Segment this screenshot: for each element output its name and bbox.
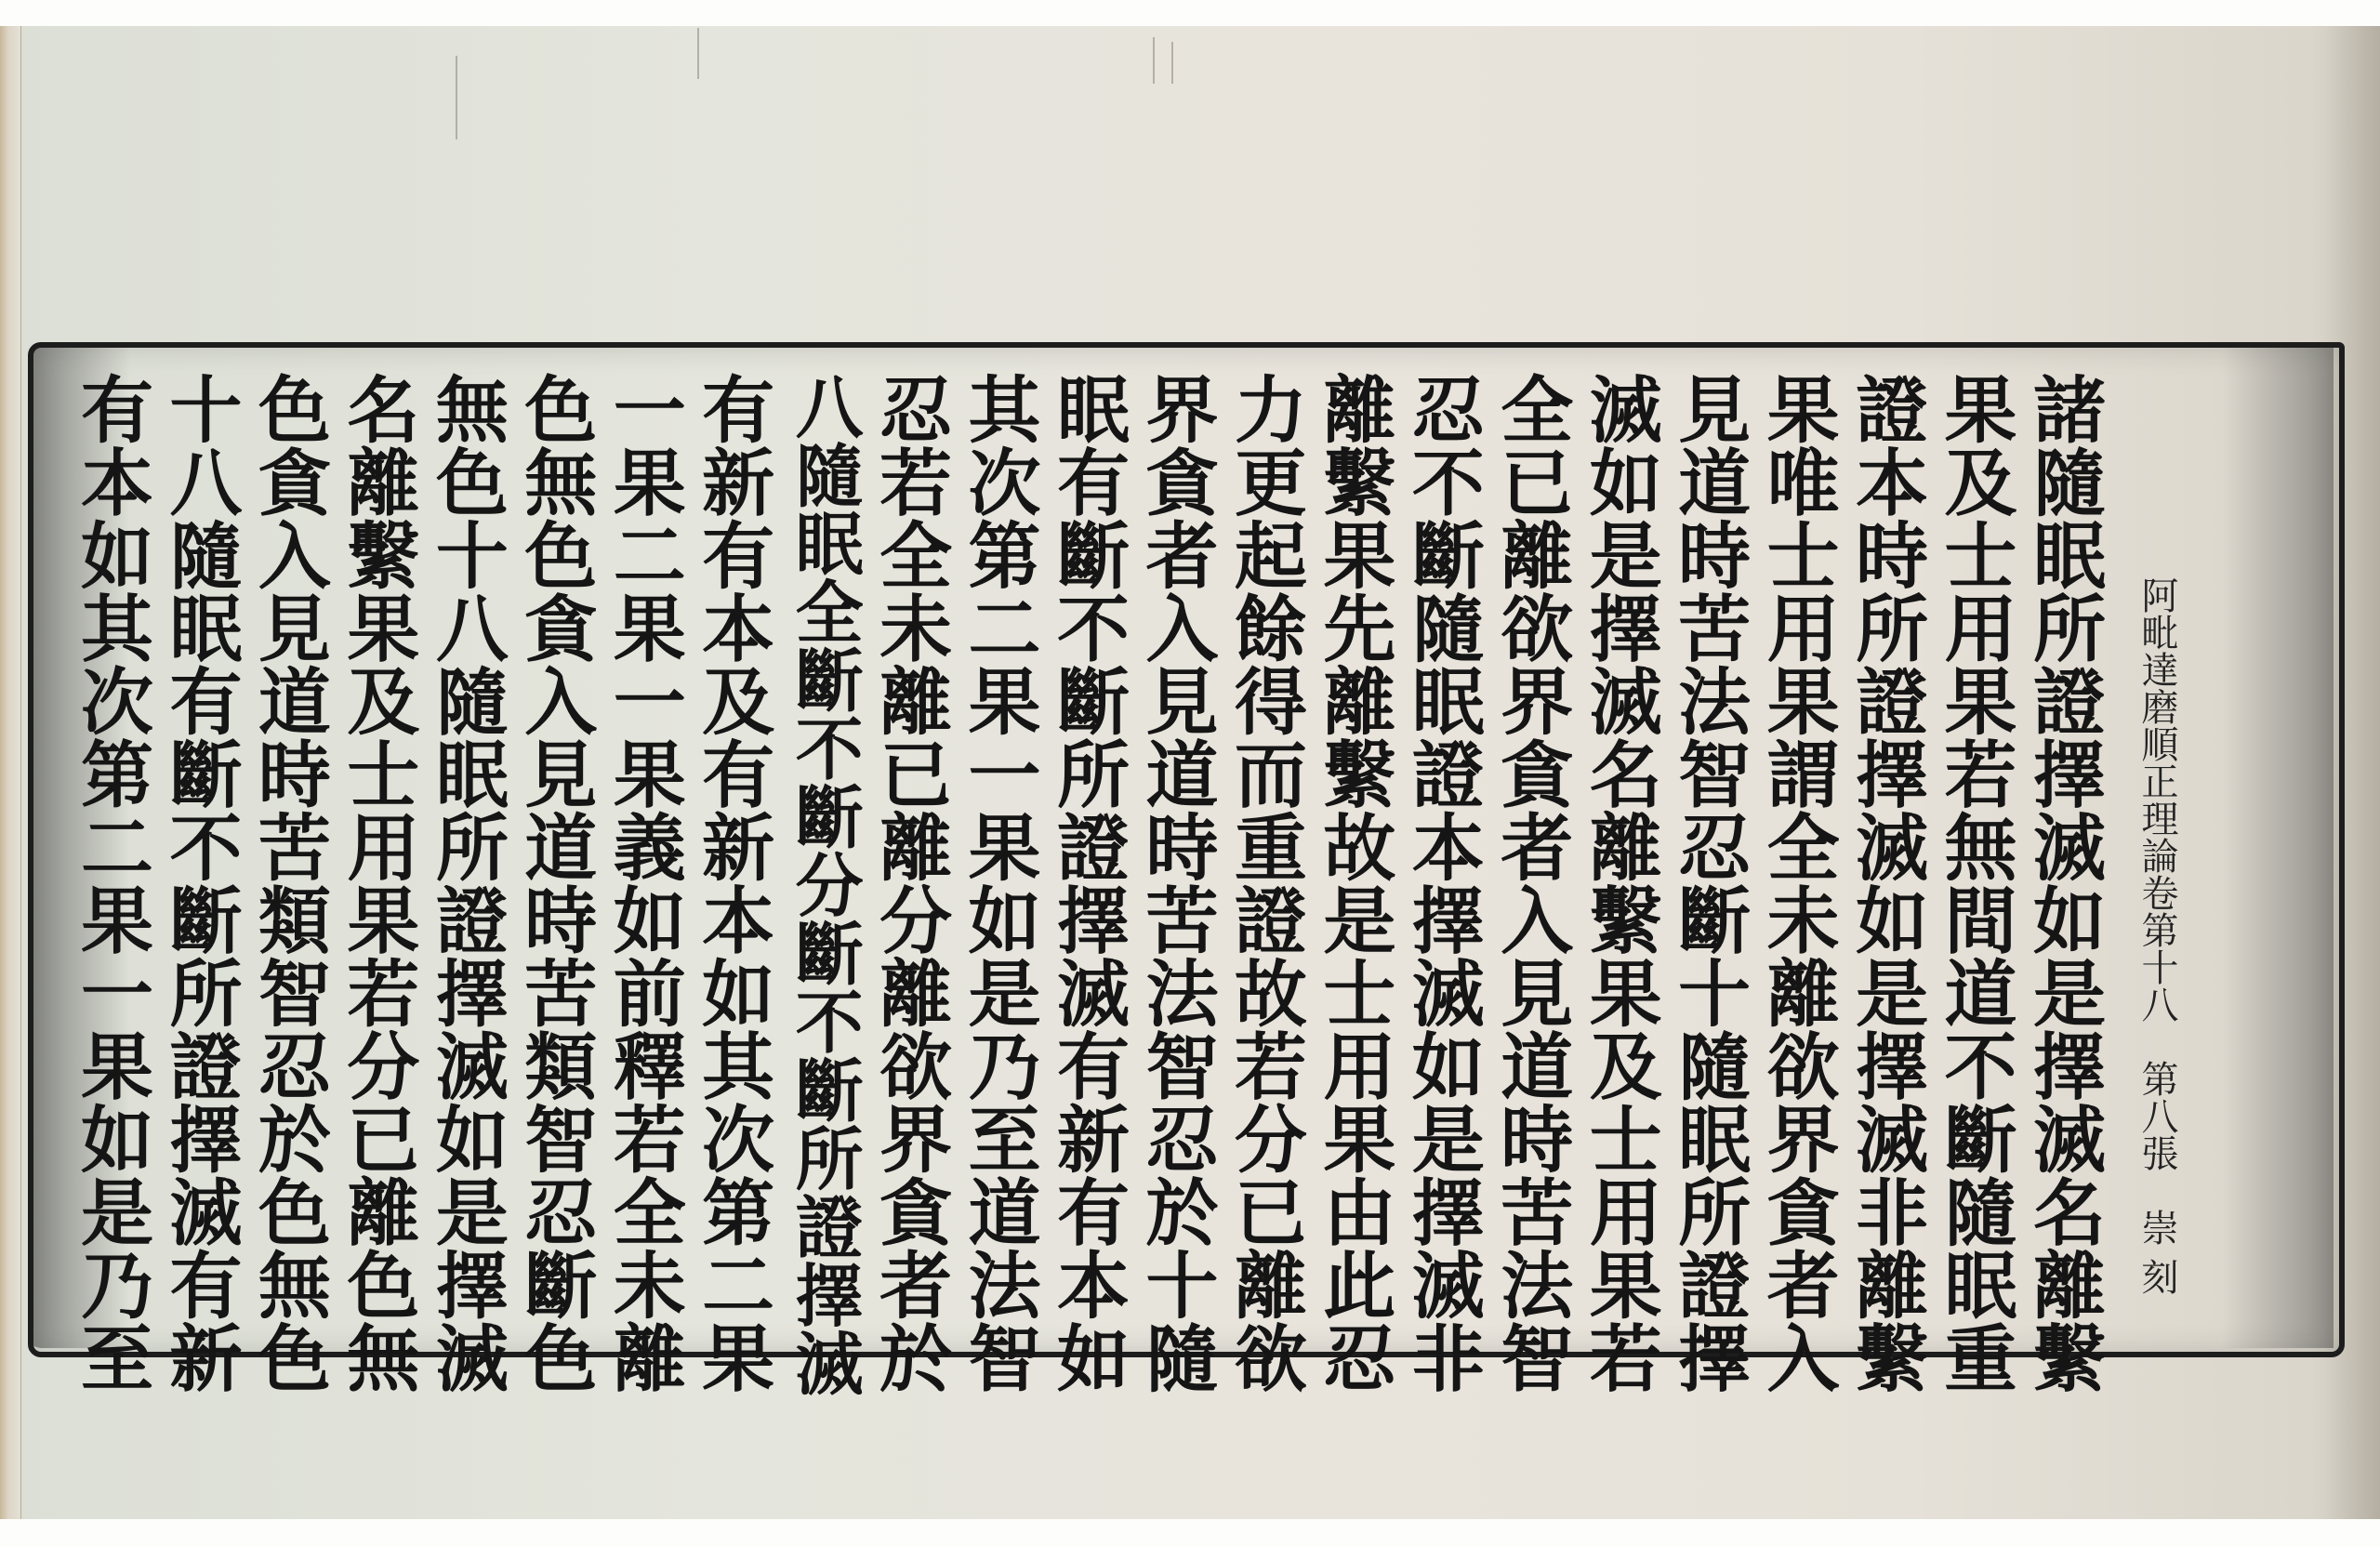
adjacent-page-edge <box>0 26 21 1519</box>
paper-fiber <box>1171 42 1173 84</box>
text-column-1: 諸隨眠所證擇滅如是擇滅名離繫 <box>2025 372 2099 1339</box>
text-column-7: 全已離欲界貪者入見道時苦法智 <box>1492 372 1567 1339</box>
paper-fiber <box>1153 37 1155 84</box>
text-column-2: 果及士用果若無間道不斷隨眠重 <box>1937 372 2011 1339</box>
text-column-8: 忍不斷隨眠證本擇滅如是擇滅非 <box>1404 372 1478 1339</box>
marginal-title-note: 阿毗達磨順正理論卷第十八第八張崇 刻 <box>2138 576 2175 1295</box>
text-column-9: 離繫果先離繫故是士用果由此忍 <box>1315 372 1389 1339</box>
text-column-4: 果唯士用果謂全未離欲界貪者入 <box>1759 372 1833 1339</box>
text-column-15: 八隨眠全斷不斷分斷不斷所證擇滅 <box>783 372 857 1339</box>
paper-fiber <box>456 56 457 139</box>
text-column-19: 無色十八隨眠所證擇滅如是擇滅 <box>428 372 502 1339</box>
text-column-12: 眠有斷不斷所證擇滅有新有本如 <box>1049 372 1123 1339</box>
sheet-number: 第八張 <box>2135 1060 2178 1171</box>
text-column-5: 見道時苦法智忍斷十隨眠所證擇 <box>1670 372 1744 1339</box>
text-column-6: 滅如是擇滅名離繫果及士用果若 <box>1581 372 1656 1339</box>
paper-fiber <box>697 28 699 79</box>
volume-title: 阿毗達磨順正理論卷第十八 <box>2135 576 2178 1023</box>
text-column-23: 有本如其次第二果一果如是乃至 <box>73 372 147 1339</box>
text-column-20: 名離繫果及士用果若分已離色無 <box>338 372 413 1339</box>
text-column-14: 忍若全未離已離分離欲界貪者於 <box>871 372 945 1339</box>
text-column-21: 色貪入見道時苦類智忍於色無色 <box>250 372 324 1339</box>
carver-name: 崇 刻 <box>2135 1209 2178 1295</box>
text-column-11: 界貪者入見道時苦法智忍於十隨 <box>1137 372 1211 1339</box>
text-column-13: 其次第二果一果如是乃至道法智 <box>960 372 1035 1339</box>
text-column-16: 有新有本及有新本如其次第二果 <box>694 372 768 1339</box>
text-column-3: 證本時所證擇滅如是擇滅非離繫 <box>1847 372 1922 1339</box>
text-column-22: 十八隨眠有斷不斷所證擇滅有新 <box>161 372 235 1339</box>
text-column-10: 力更起餘得而重證故若分已離欲 <box>1226 372 1301 1339</box>
text-column-18: 色無色貪入見道時苦類智忍斷色 <box>516 372 590 1339</box>
text-columns: 諸隨眠所證擇滅如是擇滅名離繫 果及士用果若無間道不斷隨眠重 證本時所證擇滅如是擇… <box>73 372 2099 1339</box>
text-column-17: 一果二果一果義如前釋若全未離 <box>605 372 680 1339</box>
